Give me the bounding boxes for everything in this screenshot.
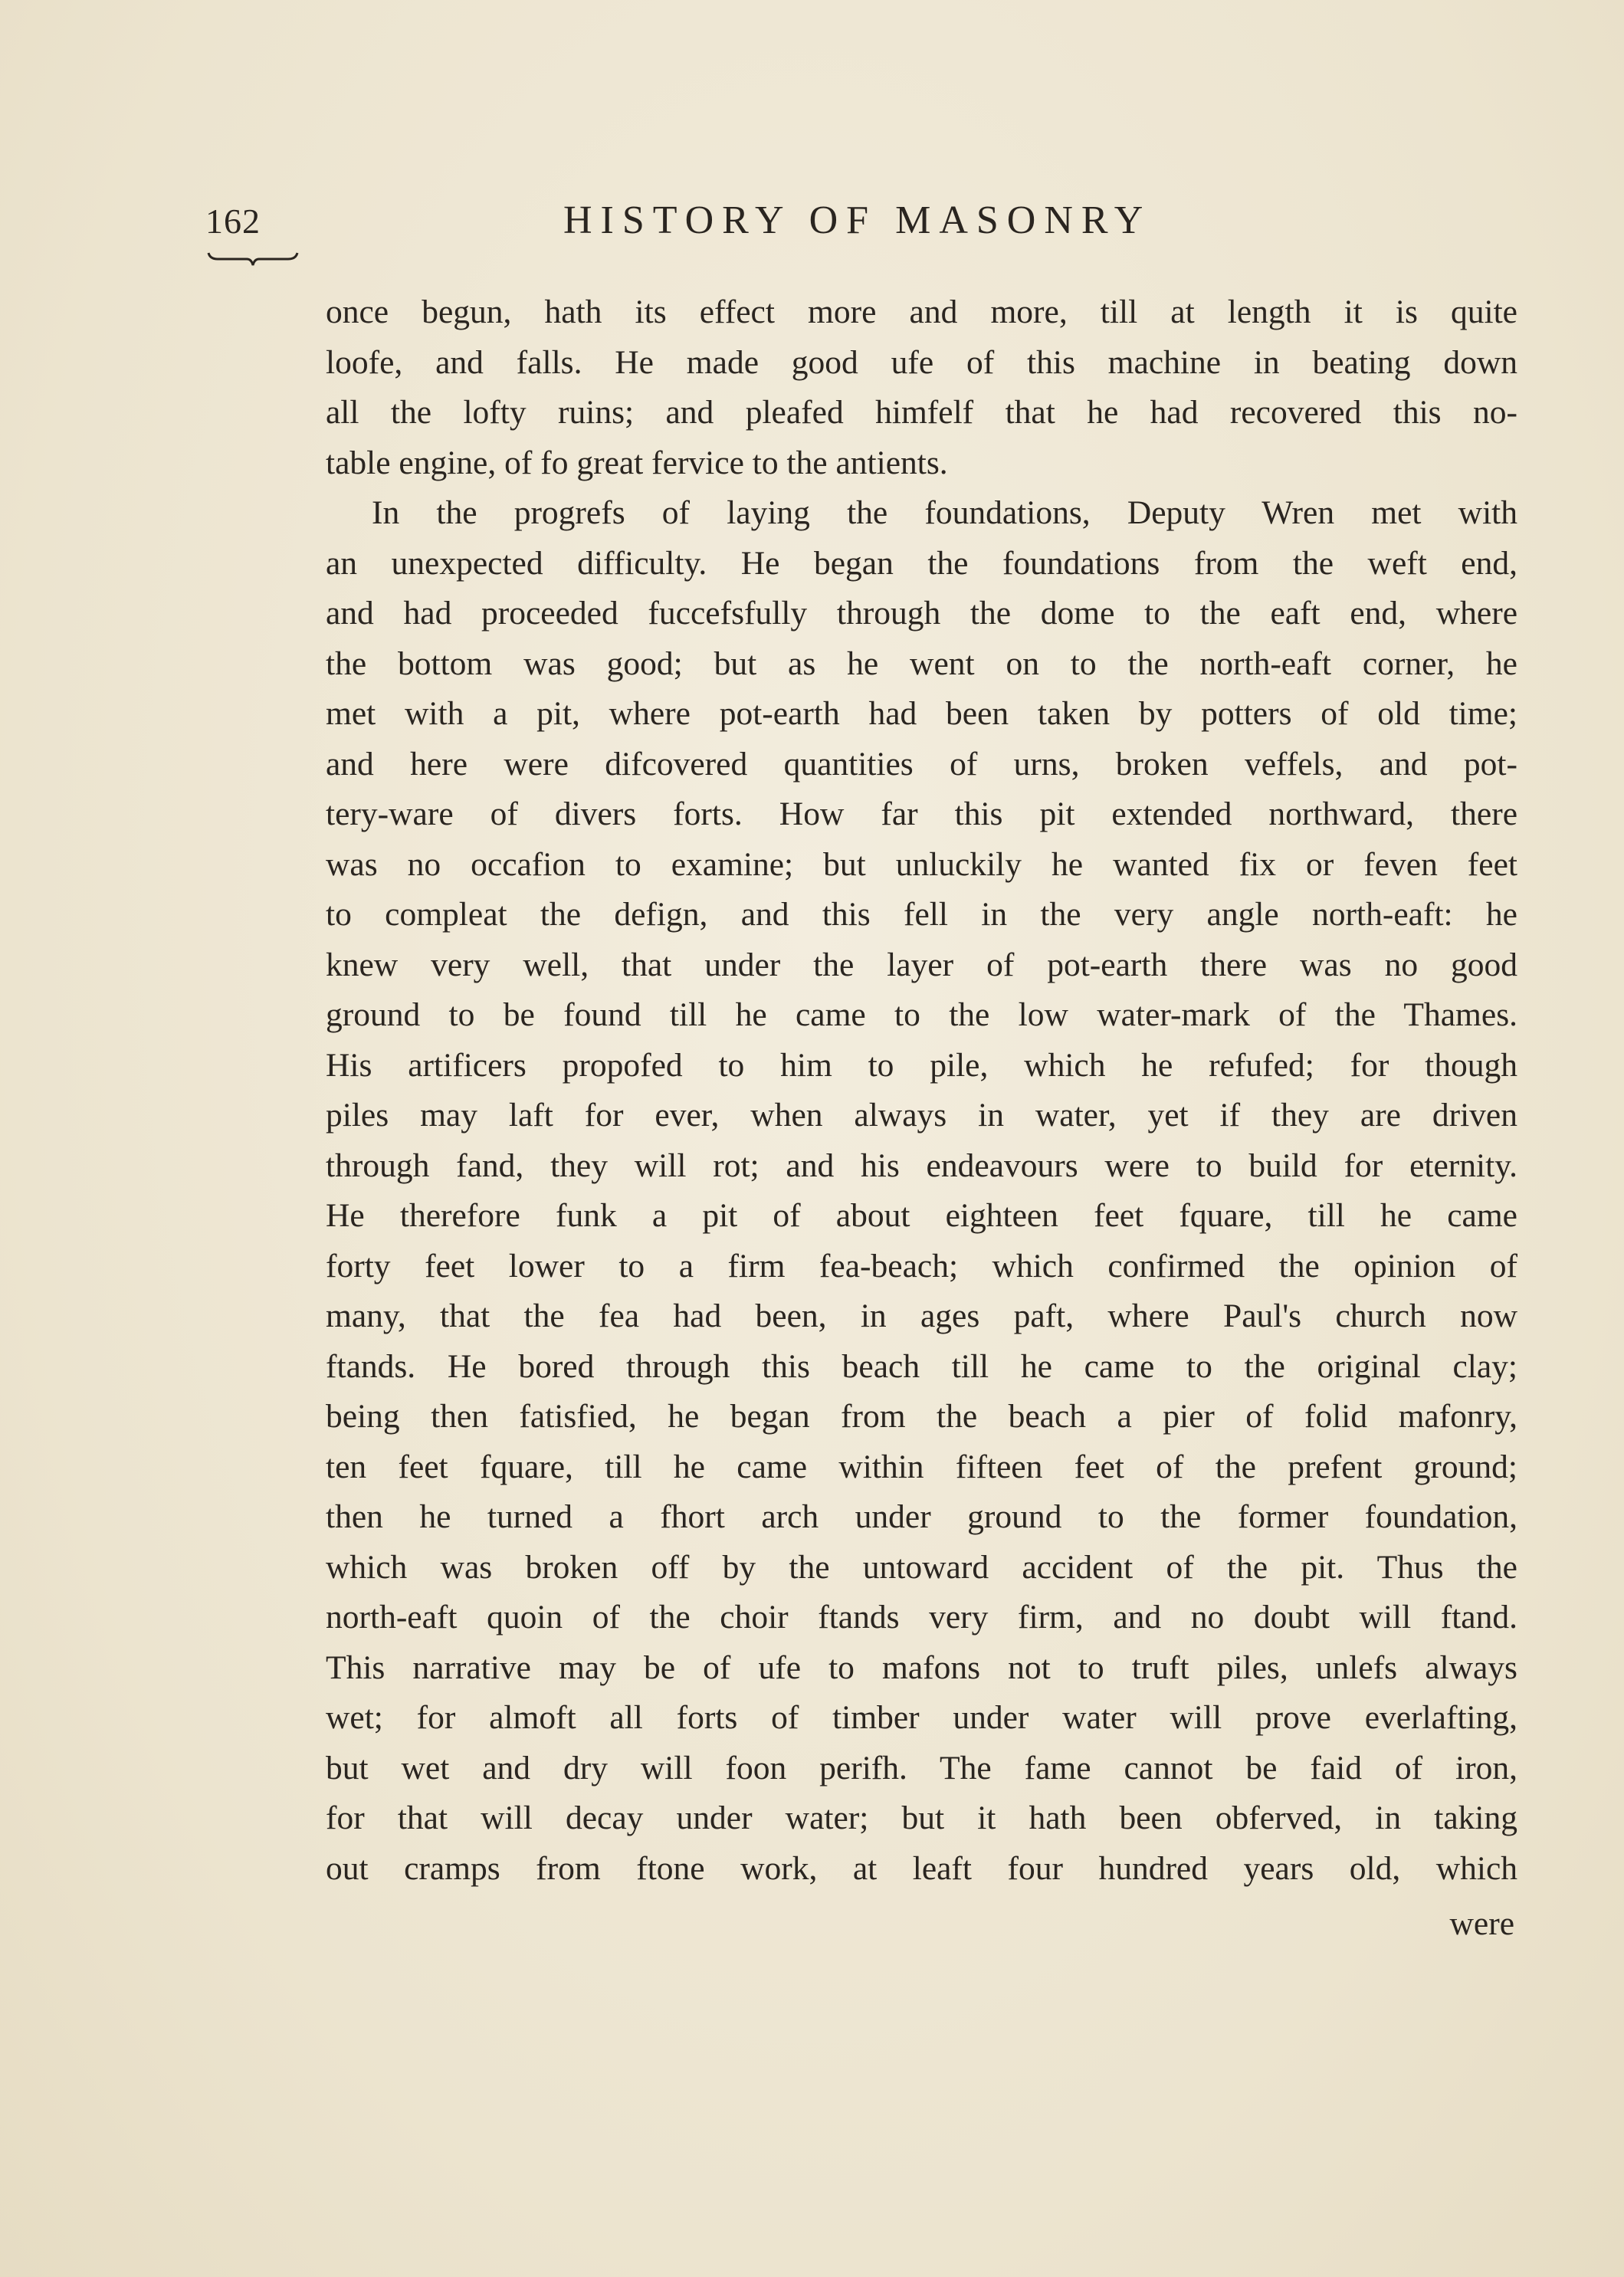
text-line: all the lofty ruins; and pleafed himfelf…: [326, 388, 1517, 438]
catchword: were: [1449, 1905, 1514, 1943]
text-line: table engine, of fo great fervice to the…: [326, 438, 1517, 489]
text-line: many, that the fea had been, in ages paf…: [326, 1291, 1517, 1342]
text-line: to compleat the defign, and this fell in…: [326, 890, 1517, 940]
text-line: and had proceeded fuccefsfully through t…: [326, 589, 1517, 639]
text-line: ground to be found till he came to the l…: [326, 990, 1517, 1041]
text-line: He therefore funk a pit of about eightee…: [326, 1191, 1517, 1242]
text-line: out cramps from ftone work, at leaft fou…: [326, 1844, 1517, 1895]
text-line: being then fatisfied, he began from the …: [326, 1392, 1517, 1442]
text-line: wet; for almoft all forts of timber unde…: [326, 1693, 1517, 1744]
text-line: and here were difcovered quantities of u…: [326, 740, 1517, 790]
text-line: was no occafion to examine; but unluckil…: [326, 840, 1517, 891]
text-line: ftands. He bored through this beach till…: [326, 1342, 1517, 1393]
text-line: through fand, they will rot; and his end…: [326, 1141, 1517, 1192]
text-line: which was broken off by the untoward acc…: [326, 1543, 1517, 1593]
page-number: 162: [205, 201, 261, 241]
text-line: His artificers propofed to him to pile, …: [326, 1041, 1517, 1091]
body-text: once begun, hath its effect more and mor…: [326, 287, 1517, 1894]
text-line: loofe, and falls. He made good ufe of th…: [326, 338, 1517, 389]
text-line: then he turned a fhort arch under ground…: [326, 1492, 1517, 1543]
text-line: once begun, hath its effect more and mor…: [326, 287, 1517, 338]
text-line: knew very well, that under the layer of …: [326, 940, 1517, 991]
text-line: In the progrefs of laying the foundation…: [326, 488, 1517, 539]
text-line: an unexpected difficulty. He began the f…: [326, 539, 1517, 589]
text-line: ten feet fquare, till he came within fif…: [326, 1442, 1517, 1493]
text-line: forty feet lower to a firm fea-beach; wh…: [326, 1242, 1517, 1292]
text-line: north-eaft quoin of the choir ftands ver…: [326, 1593, 1517, 1643]
text-line: but wet and dry will foon perifh. The fa…: [326, 1744, 1517, 1794]
text-line: met with a pit, where pot-earth had been…: [326, 689, 1517, 740]
text-line: the bottom was good; but as he went on t…: [326, 639, 1517, 690]
running-head: HISTORY OF MASONRY: [563, 198, 1151, 243]
text-line: This narrative may be of ufe to mafons n…: [326, 1643, 1517, 1694]
text-line: for that will decay under water; but it …: [326, 1793, 1517, 1844]
text-line: tery-ware of divers forts. How far this …: [326, 789, 1517, 840]
bracket-ornament-icon: [207, 250, 299, 273]
text-line: piles may laft for ever, when always in …: [326, 1091, 1517, 1141]
